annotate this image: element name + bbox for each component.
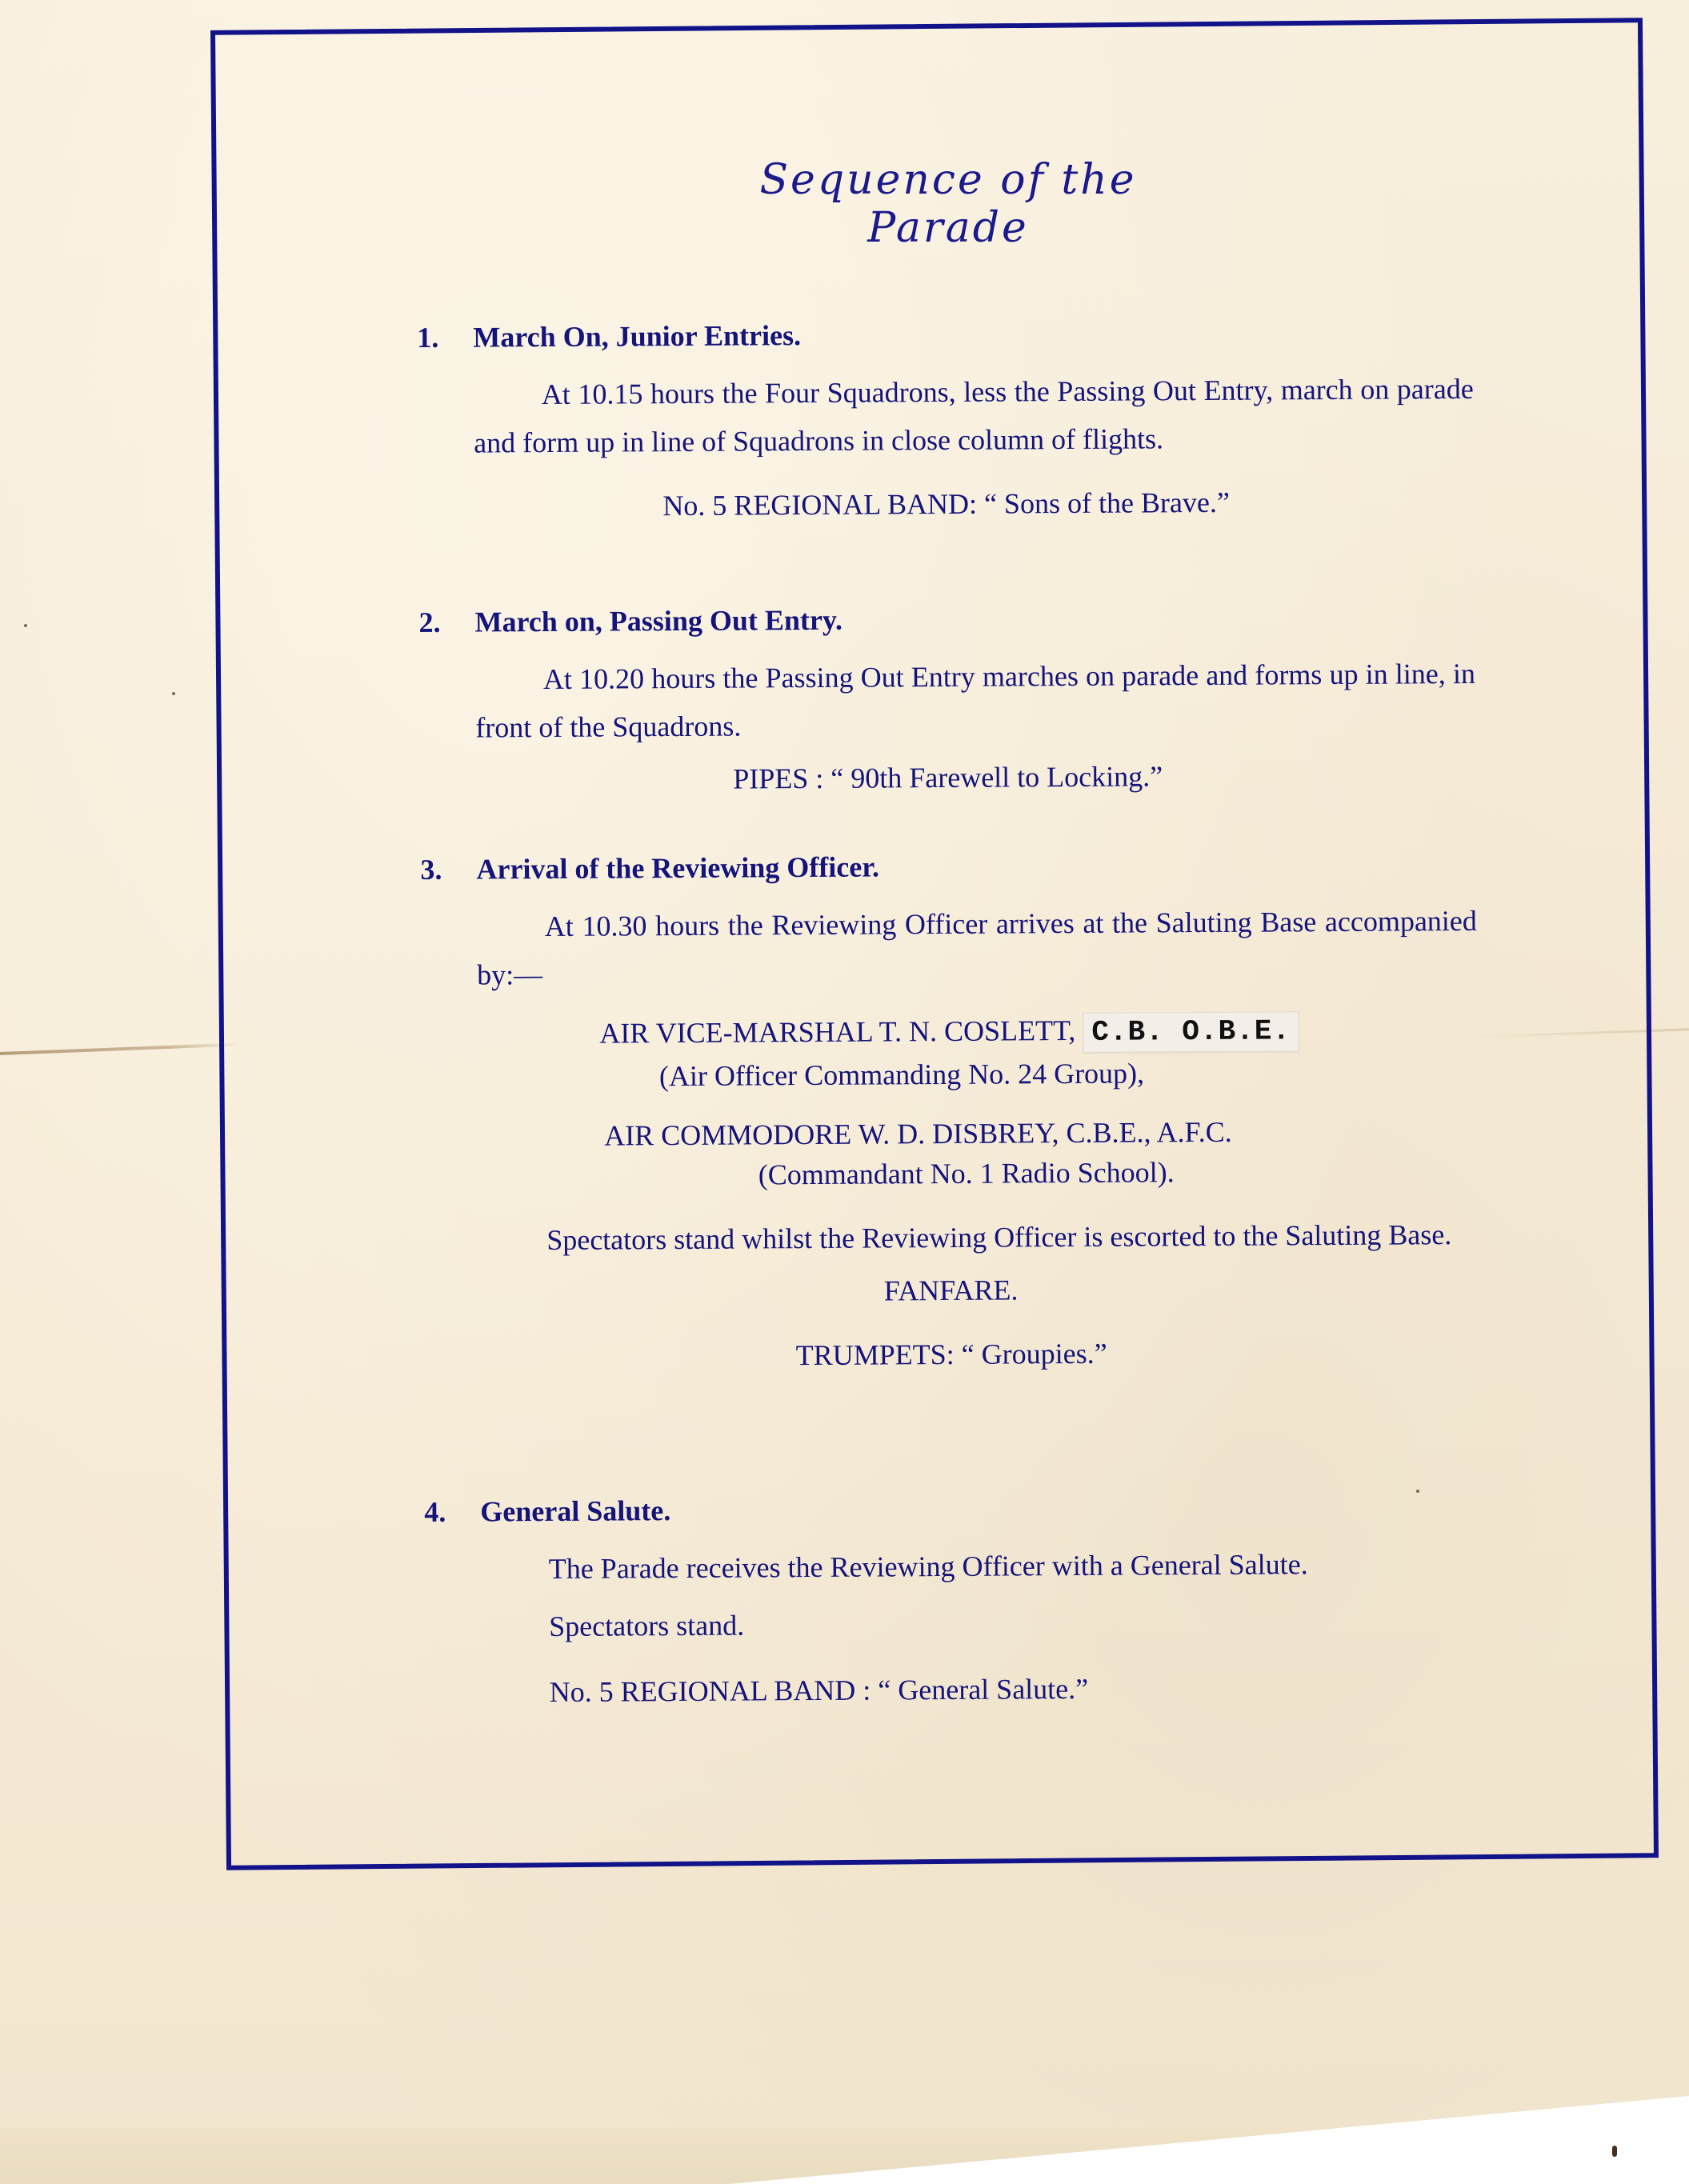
section-arrival-reviewing-officer: 3.Arrival of the Reviewing Officer. At 1… (420, 846, 1479, 1375)
section-heading: 3.Arrival of the Reviewing Officer. (420, 846, 1476, 887)
section-title: Arrival of the Reviewing Officer. (476, 850, 879, 885)
section-title: March On, Junior Entries. (473, 319, 801, 354)
section-general-salute: 4.General Salute. The Parade receives th… (424, 1488, 1482, 1710)
officer-1: AIR VICE-MARSHAL T. N. COSLETT, C.B. O.B… (422, 1010, 1478, 1057)
section-heading: 4.General Salute. (424, 1488, 1480, 1530)
section-number: 1. (417, 320, 473, 355)
section-heading: 2.March on, Passing Out Entry. (418, 598, 1475, 640)
spectators-note: Spectators stand. (425, 1603, 1481, 1645)
officer-role: (Commandant No. 1 Radio School). (422, 1153, 1479, 1194)
music-line: PIPES : “ 90th Farewell to Locking.” (420, 757, 1476, 798)
page-title: Sequence of the Parade (688, 156, 1208, 252)
fanfare-line: FANFARE. (423, 1270, 1479, 1311)
section-number: 2. (418, 605, 474, 640)
section-number: 3. (420, 852, 476, 887)
paper-speck (172, 692, 175, 695)
section-march-on-passing-out-entry: 2.March on, Passing Out Entry. At 10.20 … (418, 598, 1475, 798)
section-paragraph: At 10.30 hours the Reviewing Officer arr… (421, 897, 1478, 999)
music-line: No. 5 REGIONAL BAND: “ Sons of the Brave… (418, 483, 1475, 525)
officer-2-name: AIR COMMODORE W. D. DISBREY, C.B.E., A.F… (422, 1113, 1478, 1154)
section-paragraph: Spectators stand whilst the Reviewing Of… (422, 1210, 1479, 1265)
section-march-on-junior-entries: 1.March On, Junior Entries. At 10.15 hou… (417, 314, 1475, 525)
section-number: 4. (424, 1494, 480, 1530)
paper-speck (24, 624, 27, 627)
music-line: TRUMPETS: “ Groupies.” (423, 1334, 1479, 1375)
section-paragraph: At 10.20 hours the Passing Out Entry mar… (419, 650, 1476, 752)
section-paragraph: At 10.15 hours the Four Squadrons, less … (418, 365, 1475, 467)
officer-name: AIR VICE-MARSHAL T. N. COSLETT, (599, 1014, 1075, 1050)
section-title: March on, Passing Out Entry. (474, 604, 842, 638)
paper-speck (1612, 2146, 1617, 2157)
officer-role: (Air Officer Commanding No. 24 Group), (422, 1054, 1478, 1095)
section-heading: 1.March On, Junior Entries. (417, 314, 1473, 355)
typed-honours-label: C.B. O.B.E. (1083, 1011, 1299, 1053)
music-line: No. 5 REGIONAL BAND : “ General Salute.” (426, 1669, 1482, 1710)
section-title: General Salute. (480, 1494, 670, 1527)
section-paragraph: The Parade receives the Reviewing Office… (425, 1539, 1481, 1594)
